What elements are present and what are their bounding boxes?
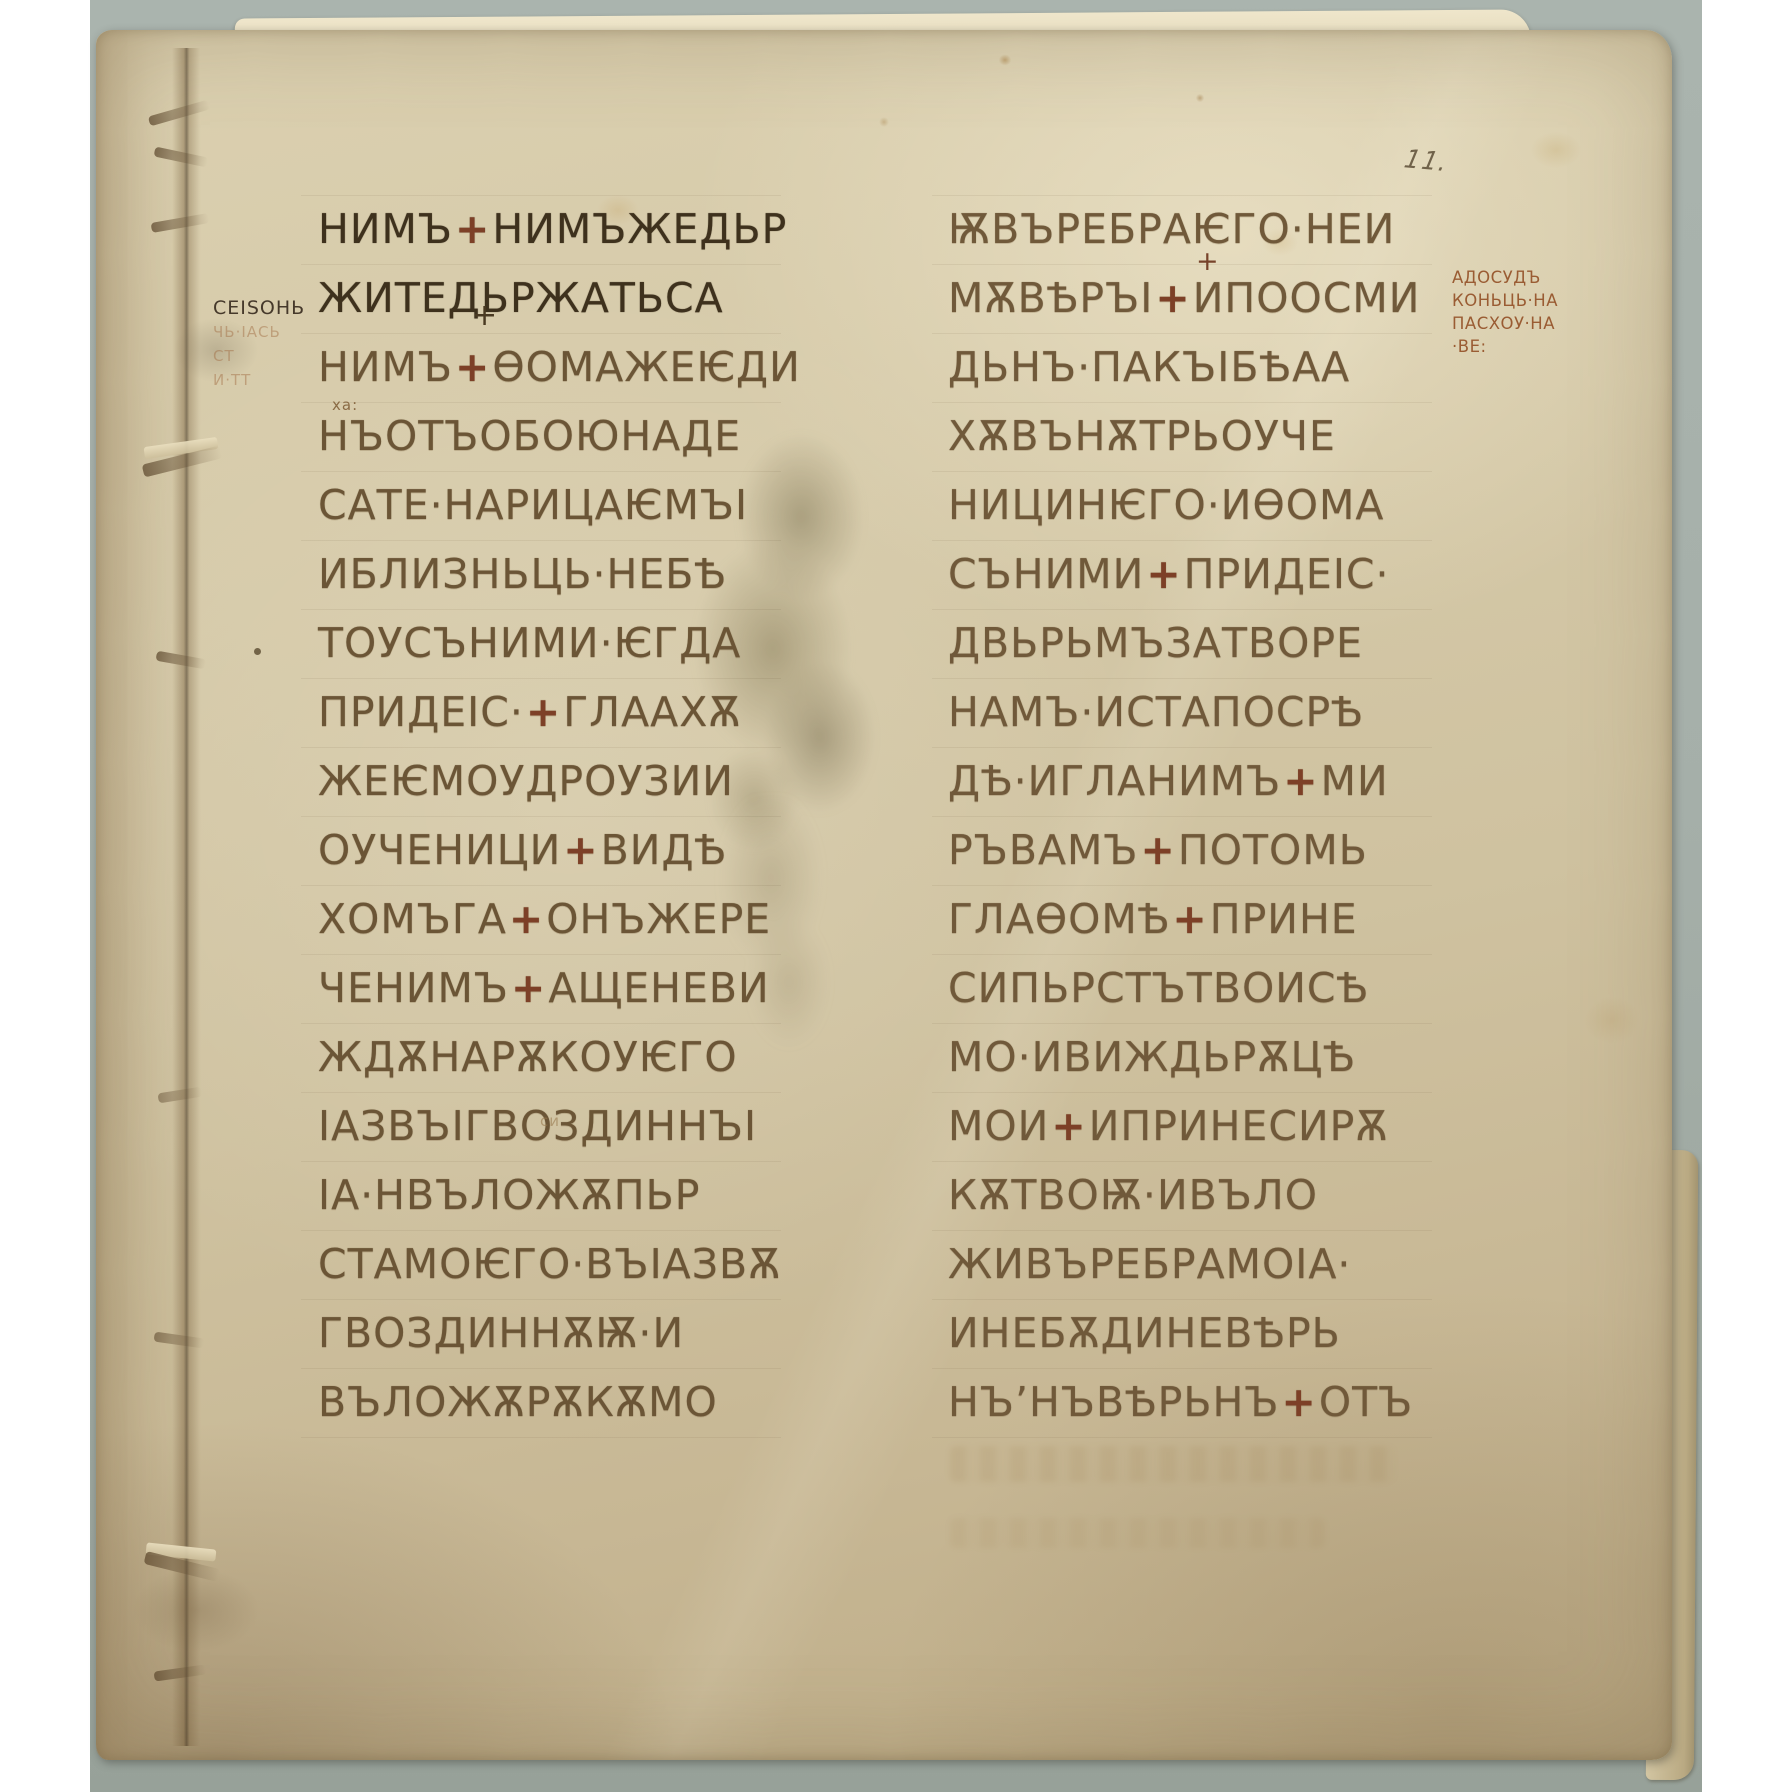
text-line: МОИ+ИПРИНЕСИРѪ — [948, 1091, 1448, 1160]
text-line: ГВОЗДИННѪѬ·И — [318, 1298, 818, 1367]
cross-icon: + — [1139, 826, 1178, 874]
cross-ornament-icon: + — [1196, 246, 1219, 277]
text-line: ЖЕѤМОУДРОУЗИИ — [318, 746, 818, 815]
manuscript-photo: НИМЪ+НИМЪЖЕДЬРЖИТЕДЬРЖАТЬСАНИМЪ+ѲОМАЖЕѤД… — [0, 0, 1792, 1792]
binding-crease — [172, 48, 200, 1746]
cross-ornament-icon: + — [472, 298, 497, 333]
text-line: ДѢ·ИГЛАНИМЪ+МИ — [948, 746, 1448, 815]
cross-icon: + — [1049, 1102, 1088, 1150]
text-line: ДВЬРЬМЪЗАТВОРЕ — [948, 608, 1448, 677]
cross-icon: + — [1153, 274, 1192, 322]
text-line: ЖИТЕДЬРЖАТЬСА — [318, 263, 818, 332]
margin-note-left: СЕІЅОНЬЧЬ·ІАСЬСТИ·ТТ — [213, 296, 343, 392]
text-line: И·ТТ — [213, 368, 343, 392]
cross-icon: + — [453, 343, 492, 391]
cross-icon: + — [1170, 895, 1209, 943]
text-line: САТЕ·НАРИЦАѤМЪІ — [318, 470, 818, 539]
faded-ghost-text-row — [950, 1518, 1325, 1548]
text-line: СИПЬРСТЪТВОИСѢ — [948, 953, 1448, 1022]
text-line: ОУЧЕНИЦИ+ВИДѢ — [318, 815, 818, 884]
text-line: ТОУСЪНИМИ·ѤГДА — [318, 608, 818, 677]
cross-icon: + — [509, 964, 548, 1012]
text-line: МО·ИВИЖДЬРѪЦѢ — [948, 1022, 1448, 1091]
text-line: СЪНИМИ+ПРИДЕІС· — [948, 539, 1448, 608]
text-column-left: НИМЪ+НИМЪЖЕДЬРЖИТЕДЬРЖАТЬСАНИМЪ+ѲОМАЖЕѤД… — [318, 194, 818, 1436]
folio-number: 11. — [1399, 144, 1455, 177]
cross-icon: + — [1280, 1378, 1319, 1426]
text-line: КѪТВОѬ·ИВЪЛО — [948, 1160, 1448, 1229]
text-line: НИЦИНѤГО·ИѲОМА — [948, 470, 1448, 539]
text-line: ІА·НВЪЛОЖѪПЬР — [318, 1160, 818, 1229]
margin-note-right: АДОСУДЪКОНЬЦЬ·НАПАСХОУ·НА·ВЕ: — [1452, 266, 1592, 358]
text-line: НЪОТЪОБОЮНАДЕ — [318, 401, 818, 470]
text-column-right: ѬВЪРЕБРАѤГО·НЕИМѪВѢРЪІ+ИПООСМИДЬНЪ·ПАКЪІ… — [948, 194, 1448, 1436]
text-line: ПАСХОУ·НА — [1452, 312, 1592, 335]
parchment-page: НИМЪ+НИМЪЖЕДЬРЖИТЕДЬРЖАТЬСАНИМЪ+ѲОМАЖЕѤД… — [96, 30, 1672, 1760]
cross-icon: + — [453, 205, 492, 253]
text-line: НИМЪ+НИМЪЖЕДЬР — [318, 194, 818, 263]
text-line: СТАМОѤГО·ВЪІАЗВѪ — [318, 1229, 818, 1298]
cross-icon: + — [561, 826, 600, 874]
interlinear-note-ha: ха: — [332, 396, 358, 414]
text-line: КОНЬЦЬ·НА — [1452, 289, 1592, 312]
text-line: ХѪВЪНѪТРЬОУЧЕ — [948, 401, 1448, 470]
interlinear-note-si: си — [540, 1112, 560, 1130]
margin-dot — [254, 648, 261, 655]
text-line: ІАЗВЪІГВОЗДИННЪІ — [318, 1091, 818, 1160]
text-line: РЪВАМЪ+ПОТОМЬ — [948, 815, 1448, 884]
text-line: АДОСУДЪ — [1452, 266, 1592, 289]
text-line: ·ВЕ: — [1452, 335, 1592, 358]
cross-icon: + — [1144, 550, 1183, 598]
text-line: ВЪЛОЖѪРѪКѪМО — [318, 1367, 818, 1436]
text-line: СТ — [213, 344, 343, 368]
text-line: ИБЛИЗНЬЦЬ·НЕБѢ — [318, 539, 818, 608]
text-line: ПРИДЕІС·+ГЛААХѪ — [318, 677, 818, 746]
text-line: СЕІЅОНЬ — [213, 296, 343, 320]
text-line: ГЛАѲОМѢ+ПРИНЕ — [948, 884, 1448, 953]
cross-icon: + — [507, 895, 546, 943]
text-line: ЧЕНИМЪ+АЩЕНЕВИ — [318, 953, 818, 1022]
text-line: ЧЬ·ІАСЬ — [213, 320, 343, 344]
text-line: ЖИВЪРЕБРАМОІА· — [948, 1229, 1448, 1298]
text-line: ЖДѪНАРѪКОУѤГО — [318, 1022, 818, 1091]
text-line: НИМЪ+ѲОМАЖЕѤДИ — [318, 332, 818, 401]
faded-ghost-text-row — [950, 1446, 1395, 1482]
text-line: ДЬНЪ·ПАКЪІБѢАА — [948, 332, 1448, 401]
cross-icon: + — [524, 688, 563, 736]
text-line: НАМЪ·ИСТАПОСРѢ — [948, 677, 1448, 746]
cross-icon: + — [1281, 757, 1320, 805]
text-line: ИНЕБѪДИНЕВѢРЬ — [948, 1298, 1448, 1367]
text-line: ХОМЪГА+ОНЪЖЕРЕ — [318, 884, 818, 953]
text-line: НЪʼНЪВѢРЬНЪ+ОТЪ — [948, 1367, 1448, 1436]
